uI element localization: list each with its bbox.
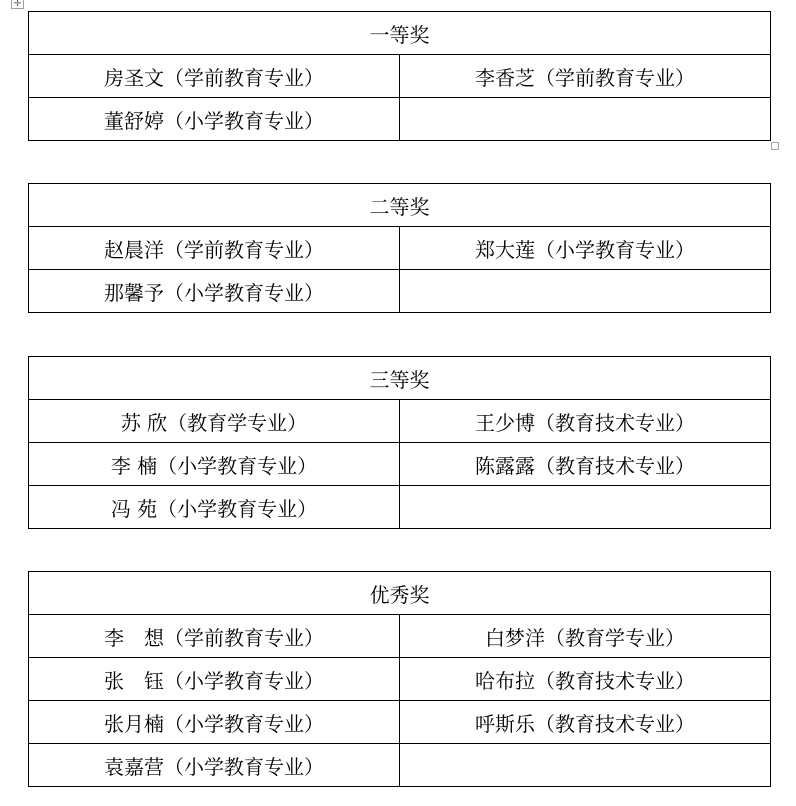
table-header-row: 二等奖 [29, 184, 771, 227]
table-header-row: 优秀奖 [29, 572, 771, 615]
table-header-row: 三等奖 [29, 357, 771, 400]
table-title: 二等奖 [29, 184, 771, 227]
table-cell[interactable]: 赵晨洋（学前教育专业） [29, 227, 400, 270]
award-table-second-prize: 二等奖 赵晨洋（学前教育专业） 郑大莲（小学教育专业） 那馨予（小学教育专业） [28, 183, 771, 313]
table-cell[interactable]: 冯 苑（小学教育专业） [29, 486, 400, 529]
table-cell[interactable]: 那馨予（小学教育专业） [29, 270, 400, 313]
table-cell[interactable]: 李 楠（小学教育专业） [29, 443, 400, 486]
table-header-row: 一等奖 [29, 12, 771, 55]
table-cell[interactable]: 郑大莲（小学教育专业） [400, 227, 771, 270]
table-cell[interactable]: 袁嘉营（小学教育专业） [29, 744, 400, 787]
table-row: 那馨予（小学教育专业） [29, 270, 771, 313]
table-row: 苏 欣（教育学专业） 王少博（教育技术专业） [29, 400, 771, 443]
table-row: 李 想（学前教育专业） 白梦洋（教育学专业） [29, 615, 771, 658]
table-row: 张月楠（小学教育专业） 呼斯乐（教育技术专业） [29, 701, 771, 744]
table-row: 袁嘉营（小学教育专业） [29, 744, 771, 787]
table-title: 优秀奖 [29, 572, 771, 615]
table-row: 冯 苑（小学教育专业） [29, 486, 771, 529]
table-cell[interactable]: 王少博（教育技术专业） [400, 400, 771, 443]
award-table-excellence-prize: 优秀奖 李 想（学前教育专业） 白梦洋（教育学专业） 张 钰（小学教育专业） 哈… [28, 571, 771, 787]
table-cell[interactable]: 董舒婷（小学教育专业） [29, 98, 400, 141]
table-cell[interactable] [400, 486, 771, 529]
table-row: 房圣文（学前教育专业） 李香芝（学前教育专业） [29, 55, 771, 98]
table-cell[interactable]: 李香芝（学前教育专业） [400, 55, 771, 98]
table-cell[interactable] [400, 744, 771, 787]
award-table-third-prize: 三等奖 苏 欣（教育学专业） 王少博（教育技术专业） 李 楠（小学教育专业） 陈… [28, 356, 771, 529]
table-title: 一等奖 [29, 12, 771, 55]
table-cell[interactable]: 房圣文（学前教育专业） [29, 55, 400, 98]
table-row: 张 钰（小学教育专业） 哈布拉（教育技术专业） [29, 658, 771, 701]
table-move-handle-icon[interactable]: ✛ [11, 0, 24, 9]
table-cell[interactable] [400, 270, 771, 313]
table-cell[interactable]: 呼斯乐（教育技术专业） [400, 701, 771, 744]
table-cell[interactable]: 哈布拉（教育技术专业） [400, 658, 771, 701]
table-row: 赵晨洋（学前教育专业） 郑大莲（小学教育专业） [29, 227, 771, 270]
table-cell[interactable]: 陈露露（教育技术专业） [400, 443, 771, 486]
table-row: 董舒婷（小学教育专业） [29, 98, 771, 141]
table-cell[interactable]: 张月楠（小学教育专业） [29, 701, 400, 744]
table-cell[interactable]: 苏 欣（教育学专业） [29, 400, 400, 443]
table-resize-handle-icon[interactable] [771, 142, 779, 150]
table-cell[interactable]: 张 钰（小学教育专业） [29, 658, 400, 701]
table-row: 李 楠（小学教育专业） 陈露露（教育技术专业） [29, 443, 771, 486]
table-title: 三等奖 [29, 357, 771, 400]
table-cell[interactable]: 白梦洋（教育学专业） [400, 615, 771, 658]
table-cell[interactable]: 李 想（学前教育专业） [29, 615, 400, 658]
table-cell[interactable] [400, 98, 771, 141]
award-table-first-prize: 一等奖 房圣文（学前教育专业） 李香芝（学前教育专业） 董舒婷（小学教育专业） [28, 11, 771, 141]
